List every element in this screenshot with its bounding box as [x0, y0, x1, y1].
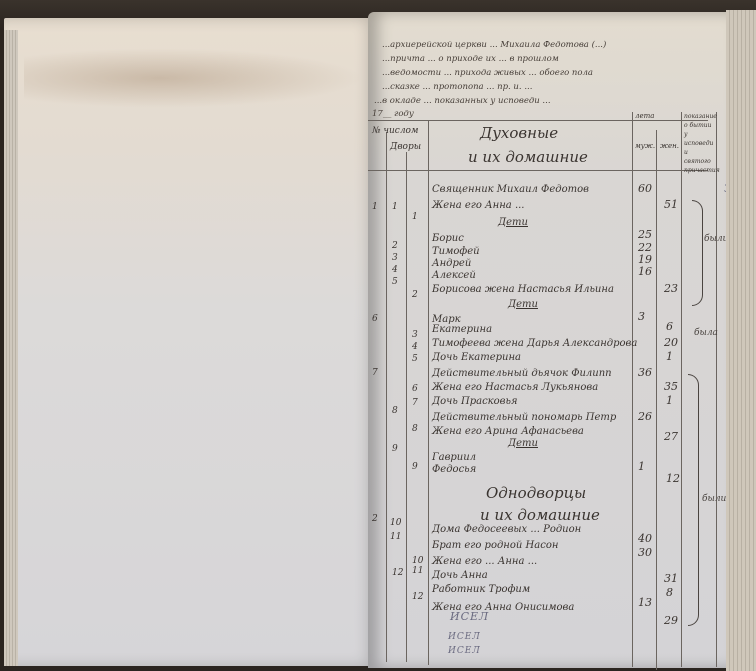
col-header-notes: показание о бытии у исповеди и святого п…	[684, 112, 716, 175]
year-line: 17__ году	[372, 109, 414, 119]
female-index: 11	[412, 566, 423, 576]
brace-marker	[692, 200, 703, 306]
pencil-mark: ИСЕЛ	[448, 646, 481, 656]
age-male: 13	[638, 596, 652, 609]
entry-name: Действительный дьячок Филипп	[432, 368, 612, 379]
entry-name: Священник Михаил Федотов	[432, 184, 589, 195]
age-female: 20	[664, 336, 678, 349]
entry-name: Борисова жена Настасья Ильина	[432, 284, 614, 295]
age-male: 3	[638, 310, 645, 323]
age-male: 1	[638, 460, 645, 473]
col-rule	[681, 112, 682, 667]
male-index: 1	[392, 202, 398, 212]
age-male: 30	[638, 546, 652, 559]
col-header-number: № числом	[372, 126, 418, 136]
age-female: 12	[666, 472, 680, 485]
female-index: 12	[412, 592, 423, 602]
age-female: 51	[664, 198, 678, 211]
brace-marker	[688, 374, 699, 626]
margin-note: была	[694, 328, 718, 338]
entry-name: Работник Трофим	[432, 584, 530, 595]
entry-name: Гавриил	[432, 452, 476, 463]
age-female: 31	[664, 572, 678, 585]
entry-name: Брат его родной Насон	[432, 540, 558, 551]
age-female: 27	[664, 430, 678, 443]
age-male: 36	[638, 366, 652, 379]
header-line: ...архиерейской церкви ... Михаила Федот…	[382, 40, 606, 50]
pencil-mark: ИСЕЛ	[450, 610, 489, 623]
header-bottom-rule	[368, 170, 708, 171]
age-male: 40	[638, 532, 652, 545]
male-index: 11	[390, 532, 401, 542]
row-number: 2	[372, 514, 378, 524]
male-index: 12	[392, 568, 403, 578]
water-stain	[24, 48, 364, 108]
entry-name: Федосья	[432, 464, 476, 475]
section-subtitle-clergy: и их домашние	[468, 148, 588, 166]
female-index: 7	[412, 398, 418, 408]
female-index: 9	[412, 462, 418, 472]
right-page-edges	[726, 10, 756, 671]
col-rule	[428, 120, 429, 665]
col-rule	[716, 112, 717, 667]
section-title-odnodvortsy: Однодворцы	[486, 484, 586, 502]
entry-name: Екатерина	[432, 324, 492, 335]
female-index: 10	[412, 556, 423, 566]
female-index: 2	[412, 290, 418, 300]
entry-name: Жена его Арина Афанасьева	[432, 426, 584, 437]
male-index: 8	[392, 406, 398, 416]
header-line: ...причта ... о приходе их ... в прошлом	[382, 54, 559, 64]
female-index: 5	[412, 354, 418, 364]
male-index: 2	[392, 241, 398, 251]
section-subtitle-odnodvortsy: и их домашние	[480, 506, 600, 524]
age-female: 29	[664, 614, 678, 627]
age-male: 25	[638, 228, 652, 241]
male-index: 10	[390, 518, 401, 528]
age-male: 26	[638, 410, 652, 423]
left-page-blank	[4, 18, 376, 666]
entry-name: Жена его Настасья Лукьянова	[432, 382, 598, 393]
female-index: 3	[412, 330, 418, 340]
margin-note: были	[704, 234, 728, 244]
entry-name: Андрей	[432, 258, 471, 269]
female-index: 4	[412, 342, 418, 352]
female-index: 8	[412, 424, 418, 434]
entry-name: Жена его Анна ...	[432, 200, 524, 211]
header-line: ...сказке ... протопопа ... пр. и. ...	[382, 82, 532, 92]
male-index: 3	[392, 253, 398, 263]
entry-name: Дочь Анна	[432, 570, 488, 581]
age-male: 60	[638, 182, 652, 195]
male-index: 9	[392, 444, 398, 454]
entry-name: Дочь Прасковья	[432, 396, 518, 407]
age-male: 16	[638, 265, 652, 278]
col-header-households: Дворы	[390, 142, 421, 152]
pencil-mark: ИСЕЛ	[448, 632, 481, 642]
children-label: Дети	[508, 438, 538, 449]
male-index: 5	[392, 277, 398, 287]
male-index: 6	[372, 314, 378, 324]
age-female: 1	[666, 394, 673, 407]
col-rule	[632, 112, 633, 667]
margin-note: были	[702, 494, 726, 504]
row-number: 1	[372, 202, 378, 212]
col-header-age-male: муж.	[635, 142, 655, 150]
col-header-age-female: жен.	[660, 142, 679, 150]
children-label: Дети	[498, 217, 528, 228]
male-index: 4	[392, 265, 398, 275]
female-index: 6	[412, 384, 418, 394]
col-rule	[406, 152, 407, 662]
table-top-rule	[368, 120, 708, 121]
age-female: 23	[664, 282, 678, 295]
entry-name: Жена его ... Анна ...	[432, 556, 537, 567]
section-title-clergy: Духовные	[480, 124, 558, 142]
header-line: ...ведомости ... прихода живых ... обоег…	[382, 68, 593, 78]
header-line: ...в окладе ... показанных у исповеди ..…	[374, 96, 551, 106]
entry-name: Алексей	[432, 270, 476, 281]
col-rule	[656, 130, 657, 670]
entry-name: Тимофеева жена Дарья Александрова	[432, 338, 637, 349]
left-page-edges	[4, 30, 18, 666]
entry-name: Тимофей	[432, 246, 480, 257]
female-index: 1	[412, 212, 418, 222]
age-female: 1	[666, 350, 673, 363]
male-index: 7	[372, 368, 378, 378]
entry-name: Дочь Екатерина	[432, 352, 521, 363]
age-female: 6	[666, 320, 673, 333]
entry-name: Дома Федосеевых ... Родион	[432, 524, 581, 535]
entry-name: Борис	[432, 233, 464, 244]
right-page-register: ...архиерейской церкви ... Михаила Федот…	[368, 12, 728, 668]
col-header-age: лета	[635, 112, 654, 120]
age-female: 8	[666, 586, 673, 599]
col-rule	[386, 132, 387, 662]
entry-name: Действительный пономарь Петр	[432, 412, 616, 423]
children-label: Дети	[508, 299, 538, 310]
age-female: 35	[664, 380, 678, 393]
